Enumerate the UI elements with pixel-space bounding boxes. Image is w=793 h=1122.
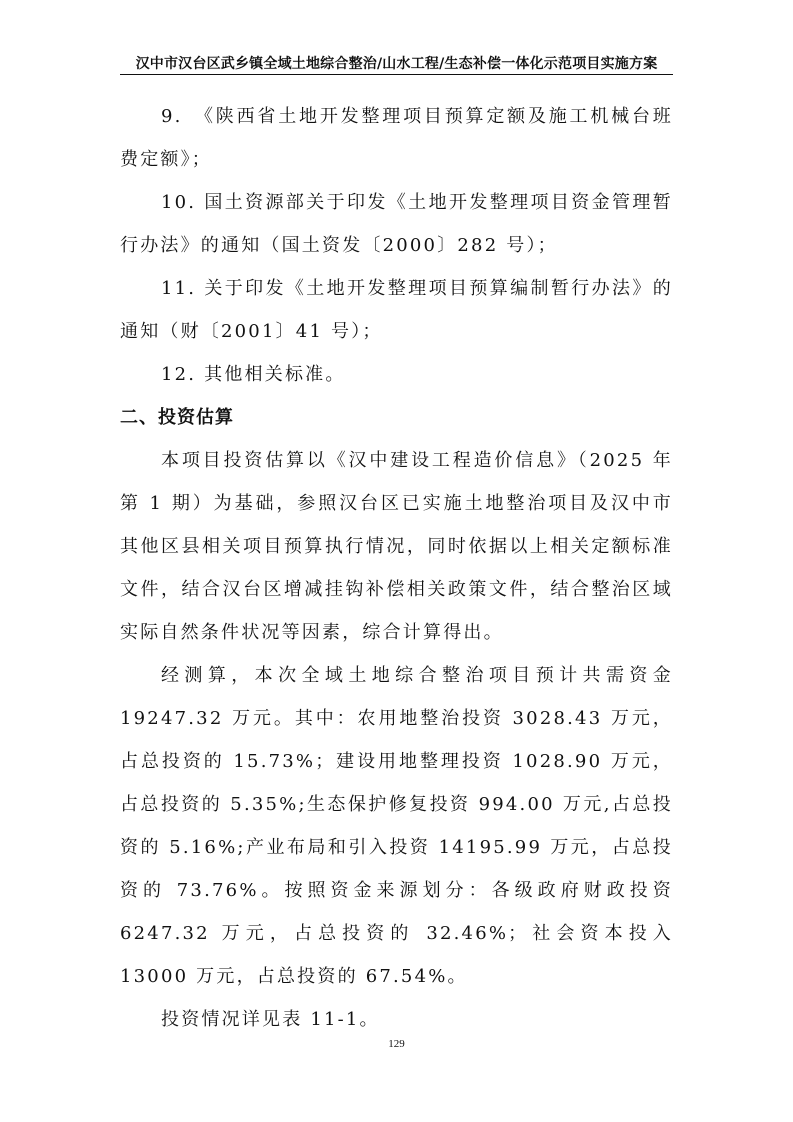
reference-item-9: 9. 《陕西省土地开发整理项目预算定额及施工机械台班费定额》；	[120, 95, 673, 181]
running-header: 汉中市汉台区武乡镇全域土地综合整治/山水工程/生态补偿一体化示范项目实施方案	[120, 56, 673, 75]
body-paragraph-table-ref: 投资情况详见表 11-1。	[120, 998, 673, 1041]
page-content: 9. 《陕西省土地开发整理项目预算定额及施工机械台班费定额》； 10. 国土资源…	[120, 95, 673, 1041]
body-paragraph-basis: 本项目投资估算以《汉中建设工程造价信息》（2025 年第 1 期）为基础，参照汉…	[120, 439, 673, 654]
reference-item-11: 11. 关于印发《土地开发整理项目预算编制暂行办法》的通知（财〔2001〕41 …	[120, 267, 673, 353]
section-heading: 二、投资估算	[120, 396, 673, 439]
body-paragraph-estimate: 经测算，本次全域土地综合整治项目预计共需资金 19247.32 万元。其中：农用…	[120, 654, 673, 998]
reference-item-10: 10. 国土资源部关于印发《土地开发整理项目资金管理暂行办法》的通知（国土资发〔…	[120, 181, 673, 267]
reference-item-12: 12. 其他相关标准。	[120, 353, 673, 396]
page-number: 129	[0, 1038, 793, 1050]
